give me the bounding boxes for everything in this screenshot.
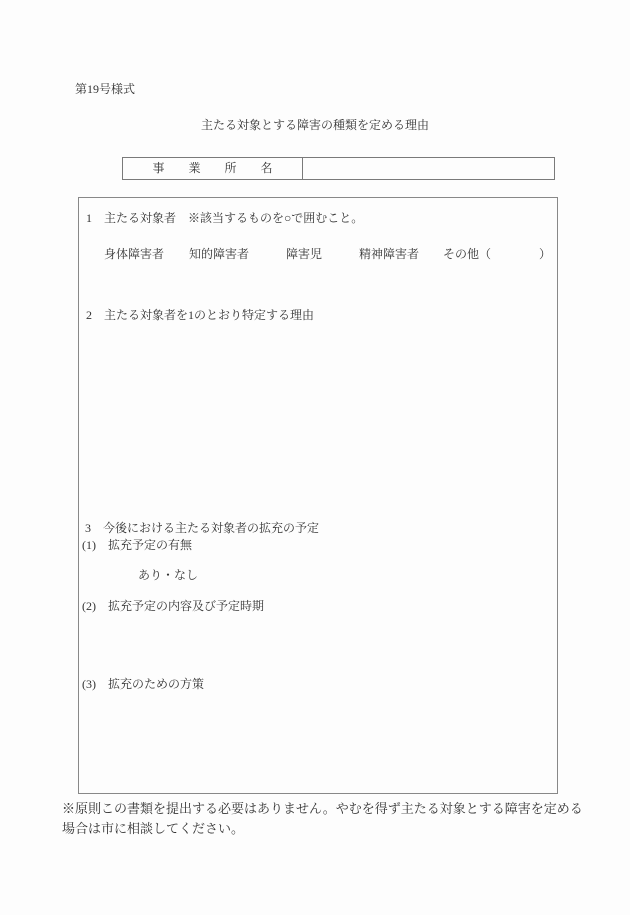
form-page: 第19号様式 主たる対象とする障害の種類を定める理由 事 業 所 名 1 主たる… <box>0 0 630 915</box>
footer-note-line2: 場合は市に相談してください。 <box>62 819 574 839</box>
option-physical-disability: 身体障害者 <box>104 247 164 262</box>
option-intellectual-disability: 知的障害者 <box>189 247 249 262</box>
document-title: 主たる対象とする障害の種類を定める理由 <box>0 118 630 133</box>
expansion-yes-no-choices: あり・なし <box>138 568 198 583</box>
form-number-label: 第19号様式 <box>75 82 135 97</box>
office-name-label: 事 業 所 名 <box>152 161 272 176</box>
office-name-table: 事 業 所 名 <box>122 157 555 180</box>
footer-note: ※原則この書類を提出する必要はありません。やむを得ず主たる対象とする障害を定める… <box>62 799 574 839</box>
section2-heading: 2 主たる対象者を1のとおり特定する理由 <box>86 308 314 323</box>
main-content-box: 1 主たる対象者 ※該当するものを○で囲むこと。 身体障害者 知的障害者 障害児… <box>78 197 558 794</box>
option-disabled-child: 障害児 <box>286 247 322 262</box>
expansion-content-timing-label: (2) 拡充予定の内容及び予定時期 <box>82 599 264 614</box>
expansion-plan-presence-label: (1) 拡充予定の有無 <box>82 538 192 553</box>
option-mental-disability: 精神障害者 <box>359 247 419 262</box>
office-name-label-cell: 事 業 所 名 <box>123 158 303 179</box>
option-other: その他（ ） <box>443 247 551 262</box>
section3-heading: 3 今後における主たる対象者の拡充の予定 <box>85 521 319 536</box>
expansion-measures-label: (3) 拡充のための方策 <box>82 677 204 692</box>
section1-heading: 1 主たる対象者 ※該当するものを○で囲むこと。 <box>86 211 363 226</box>
office-name-value-cell <box>303 158 554 179</box>
footer-note-line1: ※原則この書類を提出する必要はありません。やむを得ず主たる対象とする障害を定める <box>62 799 574 819</box>
